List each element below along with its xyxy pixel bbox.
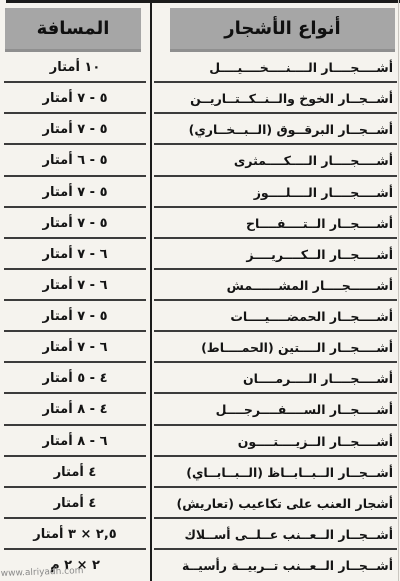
scanned-table-page: المسافة أنواع الأشجار ١٠ أمتار أشــــجــ… [0,0,400,581]
table-row: ٦ - ٧ أمتار أشــــــجــــار المشــــــمش [0,270,400,301]
tree-name-cell: أشــــــجــــار المشــــــمش [150,270,400,301]
tree-name-cell: أشــــجــــار الــــلــــوز [150,177,400,208]
tree-name-cell: أشــجــار الخوخ والــنــكــتــاريــن [150,83,400,114]
table-row: ٦ - ٧ أمتار أشــــجــار الــكــــريــــز [0,239,400,270]
distance-header-label: المسافة [37,18,110,39]
distance-cell: ٦ - ٨ أمتار [0,426,150,457]
tree-name-cell: أشــــجــار الــكــــريــــز [150,239,400,270]
tree-name-cell: أشــجــار الــبــابــاظ (الــبــابــاي) [150,457,400,488]
distance-cell: ٤ - ٨ أمتار [0,394,150,425]
table-row: ٥ - ٧ أمتار أشــجــار الخوخ والــنــكــت… [0,83,400,114]
table-row: ٥ - ٧ أمتار أشــجــار البرقــوق (الــبــ… [0,114,400,145]
table-row: ٥ - ٧ أمتار أشــــجــار الــتــــفــــاح [0,208,400,239]
tree-name-cell: أشــجــار الــعــنب تــربيــة رأسيــة [150,550,400,581]
tree-name-cell: أشــــجــــار الــــنــــخــــيــــل [150,52,400,83]
distance-cell: ٤ أمتار [0,488,150,519]
distance-cell: ٦ - ٧ أمتار [0,239,150,270]
tree-name-cell: أشــــجــار الــزيــــتــــون [150,426,400,457]
table-row: ٦ - ٨ أمتار أشــــجــار الــزيــــتــــو… [0,426,400,457]
distance-cell: ٥ - ٧ أمتار [0,301,150,332]
tree-name-cell: أشــــجــــار الــــرمــــان [150,363,400,394]
table-row: ٤ - ٨ أمتار أشــــجــار الســــفــــرجــ… [0,394,400,425]
distance-cell: ٥ - ٧ أمتار [0,114,150,145]
trees-column-header: أنواع الأشجار [170,8,395,52]
tree-name-cell: أشــــجــــار الــــكــــمثرى [150,145,400,176]
table-row: ٥ - ٧ أمتار أشــــجــــار الــــلــــوز [0,177,400,208]
tree-name-cell: أشــجــار الــعــنب عــلــى أســلاك [150,519,400,550]
distance-cell: ٤ - ٥ أمتار [0,363,150,394]
tree-name-cell: أشــــجــار الحمضــــيــــات [150,301,400,332]
distance-cell: ٦ - ٧ أمتار [0,270,150,301]
table-row: ٤ - ٥ أمتار أشــــجــــار الــــرمــــان [0,363,400,394]
distance-cell: ٥ - ٧ أمتار [0,83,150,114]
trees-header-label: أنواع الأشجار [224,18,340,39]
table-row: ٦ - ٧ أمتار أشــــجــار الــــتين (الحمـ… [0,332,400,363]
distance-cell: ٦ - ٧ أمتار [0,332,150,363]
distance-cell: ٢,٥ × ٣ أمتار [0,519,150,550]
tree-name-cell: أشــجــار البرقــوق (الــبــخــاري) [150,114,400,145]
tree-name-cell: أشجار العنب على تكاعيب (تعاريش) [150,488,400,519]
table-row: ٤ أمتار أشــجــار الــبــابــاظ (الــبــ… [0,457,400,488]
table-body: ١٠ أمتار أشــــجــــار الــــنــــخــــي… [0,52,400,581]
distance-cell: ١٠ أمتار [0,52,150,83]
tree-name-cell: أشــــجــار الــتــــفــــاح [150,208,400,239]
distance-cell: ٥ - ٧ أمتار [0,177,150,208]
distance-column-header: المسافة [5,8,141,52]
tree-name-cell: أشــــجــار الــــتين (الحمــــاط) [150,332,400,363]
table-row: ١٠ أمتار أشــــجــــار الــــنــــخــــي… [0,52,400,83]
tree-name-cell: أشــــجــار الســــفــــرجــــل [150,394,400,425]
distance-cell: ٥ - ٦ أمتار [0,145,150,176]
table-row: ٥ - ٦ أمتار أشــــجــــار الــــكــــمثر… [0,145,400,176]
distance-cell: ٥ - ٧ أمتار [0,208,150,239]
top-rule [6,0,400,3]
table-row: ٢,٥ × ٣ أمتار أشــجــار الــعــنب عــلــ… [0,519,400,550]
distance-cell: ٤ أمتار [0,457,150,488]
table-row: ٥ - ٧ أمتار أشــــجــار الحمضــــيــــات [0,301,400,332]
table-row: ٤ أمتار أشجار العنب على تكاعيب (تعاريش) [0,488,400,519]
